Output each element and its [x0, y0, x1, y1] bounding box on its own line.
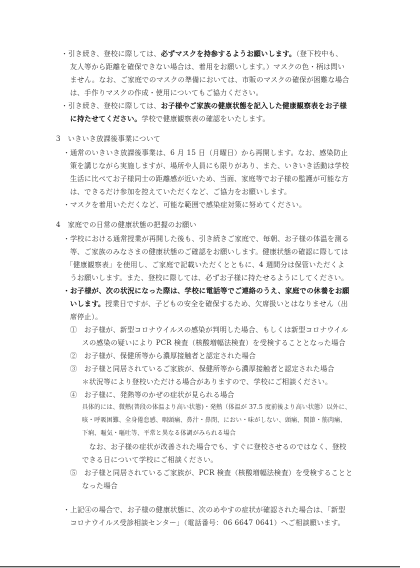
- bold-text: お子様やご家族の健康状態を記入した健康観察表をお子様: [161, 102, 347, 110]
- item-1-line-1: ① お子様が、新型コロナウイルスの感染が判明した場合、もしくは新型コロナウイル: [70, 325, 348, 335]
- section-4-bullet-1-line-3: 「健康観察表」を使用し、ご家庭で記載いただくとともに、4 週間分は保管いただくよ: [66, 260, 345, 270]
- section-4-heading: 4 家庭での日常の健康状態の把握のお願い: [56, 220, 196, 230]
- bold-text: に持たせてください。: [70, 115, 142, 123]
- page-bottom-edge: [0, 566, 400, 567]
- section-4-bullet-2-line-1: ・お子様が、次の状況になった際は、学校に電話等でご連絡のうえ、家庭での休養をお願: [63, 286, 349, 296]
- item-4-note-1: なお、お子様の症状が改善された場合でも、すぐに登校させるのではなく、登校: [82, 442, 346, 452]
- mask-bullet-line-2: 友人等から距離を確保できない場合は、着用をお願いします。）マスクの色・柄は問い: [70, 62, 345, 72]
- text: （登下校中も、: [296, 50, 343, 58]
- section-4-bullet-1-line-2: 等、ご家族のみなさまの健康状態のご確認をお願いします。健康状態の確認に際しては: [70, 247, 348, 257]
- text: ・引き続き、登校に際しては、: [61, 50, 161, 58]
- item-4-detail-2: 咳・呼吸困難、全身倦怠感、咽頭痛、鼻汁・鼻閉、におい・味がしない、頭痛、関節・筋…: [82, 416, 346, 426]
- item-5-line-2: なった場合: [82, 481, 118, 491]
- section-3-bullet-line-3: 生活に比べてお子様同士の距離感が近いため、当面、家庭等でお子様の監護が可能な方: [70, 174, 349, 184]
- item-4-detail-1: 具体的には、微熱(普段の体温より高い状態)・発熱（体温が 37.5 度前後より高…: [82, 403, 351, 413]
- section-3-bullet-2: ・マスクを着用いただくなど、可能な範囲で感染症対策に努めてください。: [63, 200, 306, 210]
- item-2-line-1: ② お子様が、保健所等から濃厚接触者と認定された場合: [70, 351, 256, 361]
- item-4-line-1: ④ お子様に、発熱等のかぜの症状が見られる場合: [70, 390, 234, 400]
- section-4-bullet-2-line-2: いします。授業日ですが、子どもの安全を確保するため、欠席扱いとはなりません（出: [70, 299, 348, 309]
- text: 学校で健康観察表の確認をいたします。: [142, 115, 270, 123]
- section-3-bullet-line-1: ・通常のいきいき放課後事業は、6 月 15 日（月曜日）から再開します。なお、感…: [63, 148, 348, 158]
- section-3-heading: 3 いきいき放課後事業について: [56, 134, 161, 144]
- section-3-bullet-line-4: は、できるだけ参加を控えていただくなど、ご協力をお願いします。: [70, 187, 291, 197]
- section-3-bullet-line-2: 策を講じながら実施しますが、場所や人員にも限りがあり、また、いきいき活動は学校: [70, 161, 349, 171]
- item-4-detail-3: 下痢、嘔気・嘔吐等、平常と異なる体調がみられる場合: [82, 429, 236, 439]
- mask-bullet-line-3: ません。なお、ご家庭でのマスクの準備においては、市販のマスクの確保が困難な場合: [70, 75, 349, 85]
- bold-text: いします。: [70, 300, 105, 308]
- item-5-line-1: ⑤ お子様と同居されているご家族が、PCR 検査（核酸増幅法検査）を受検すること…: [70, 468, 353, 478]
- section-4-bullet-1-line-1: ・学校における通常授業が再開した後も、引き続きご家庭で、毎朝、お子様の体温を測る: [63, 234, 349, 244]
- item-3-line-1: ③ お子様と同居されているご家族が、保健所等から濃厚接触者と認定された場合: [70, 364, 335, 374]
- section-4-bullet-1-line-4: うお願いします。また、登校に際しては、必ずお子様に持たせるようにしてください。: [70, 273, 348, 283]
- mask-bullet-line-1: ・引き続き、登校に際しては、必ずマスクを持参するようお願いします。（登下校中も、: [61, 49, 343, 59]
- bold-text: 必ずマスクを持参するようお願いします。: [161, 50, 296, 58]
- item-4-note-2: できる日について学校にご相談ください。: [82, 455, 218, 465]
- text: 授業日ですが、子どもの安全を確保するため、欠席扱いとはなりません（出: [105, 300, 348, 308]
- text: ・引き続き、登校に際しては、: [61, 102, 161, 110]
- item-3-note: ＊状況等により登校いただける場合がありますので、学校にご相談ください。: [82, 377, 332, 387]
- section-4-bullet-2-line-3: 席停止）。: [70, 312, 102, 322]
- document-page: ・引き続き、登校に際しては、必ずマスクを持参するようお願いします。（登下校中も、…: [0, 0, 400, 568]
- item-1-line-2: スの感染の疑いにより PCR 検査（核酸増幅法検査）を受検することとなった場合: [82, 338, 346, 348]
- health-card-bullet-line-1: ・引き続き、登校に際しては、お子様やご家族の健康状態を記入した健康観察表をお子様: [61, 101, 347, 111]
- consult-bullet-line-1: ・上記④の場合で、お子様の健康状態に、次のめやすの症状が確認された場合は、「新型: [63, 505, 345, 515]
- consult-bullet-line-2: コロナウイルス受診相談センター」（電話番号：06 6647 0641）へご相談願…: [70, 518, 345, 528]
- mask-bullet-line-4: は、手作りマスクの作成・使用についてもご協力ください。: [70, 88, 263, 98]
- health-card-bullet-line-2: に持たせてください。学校で健康観察表の確認をいたします。: [70, 114, 270, 124]
